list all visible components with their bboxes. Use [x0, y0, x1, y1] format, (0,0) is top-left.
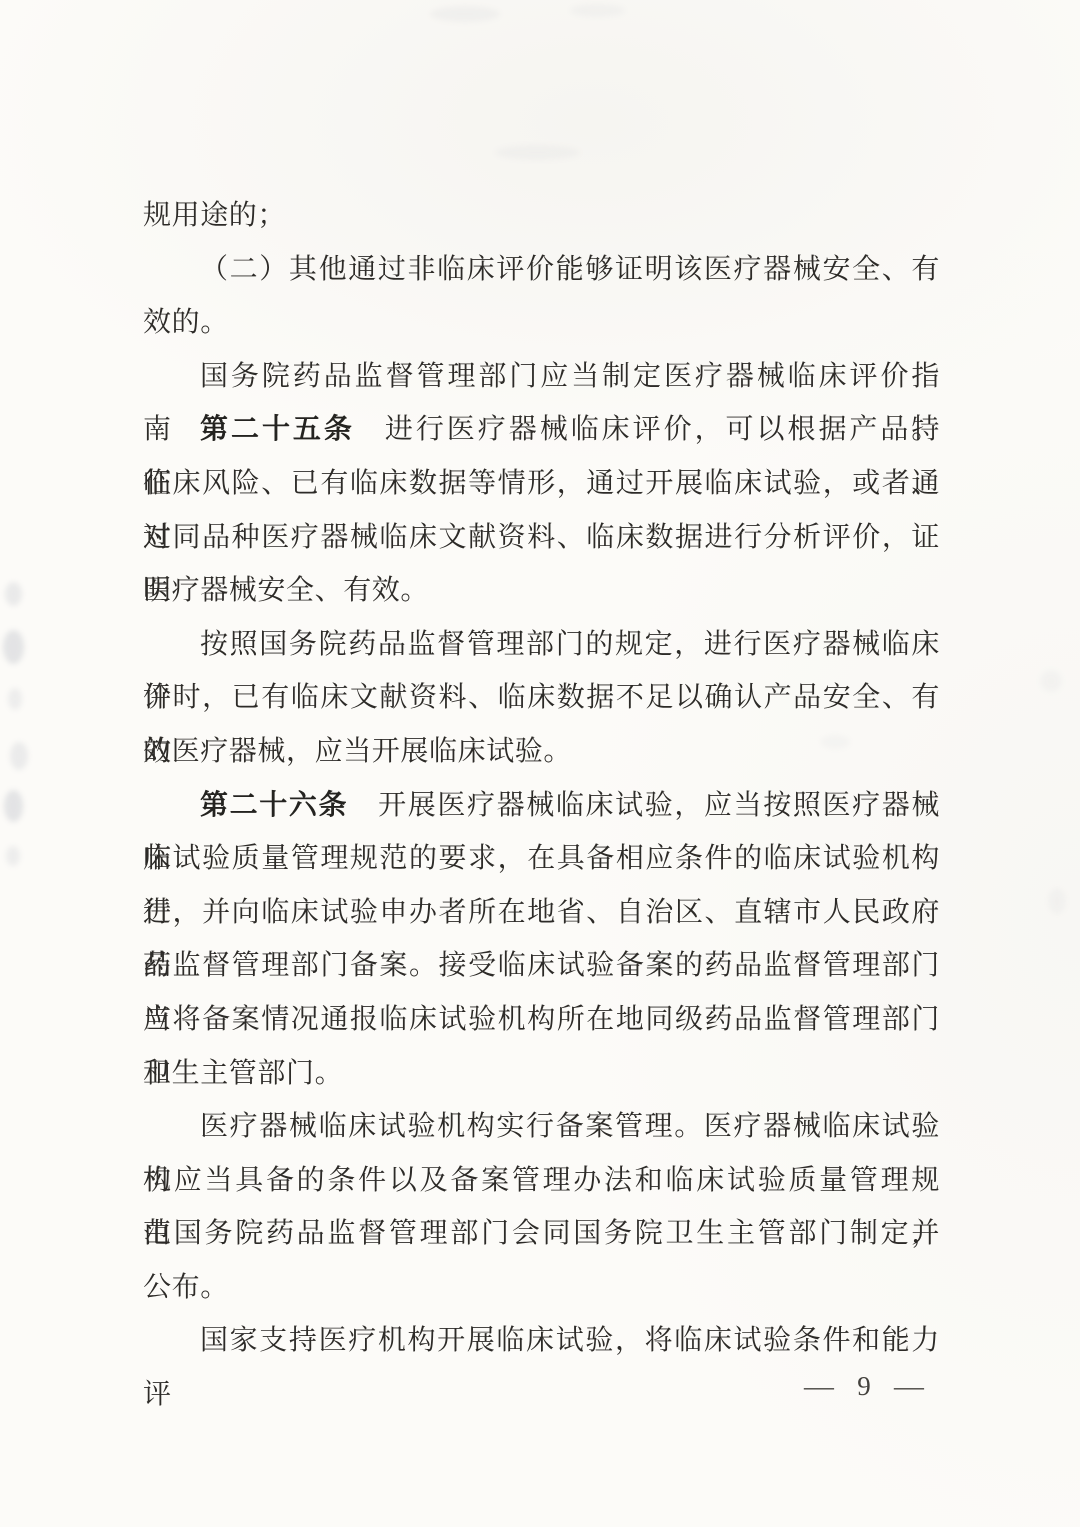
article-number: 第二十五条	[200, 414, 355, 445]
scan-artifact	[4, 790, 23, 822]
page-footer: — 9 —	[806, 1371, 922, 1402]
text-line: 医疗器械安全、有效。	[143, 564, 940, 618]
text-line: 卫生主管部门。	[143, 1047, 940, 1101]
text-line: 国务院药品监督管理部门应当制定医疗器械临床评价指南。	[143, 350, 940, 404]
text-line: 临床风险、已有临床数据等情形，通过开展临床试验，或者通过	[143, 457, 940, 511]
text-line: 的医疗器械，应当开展临床试验。	[143, 725, 940, 779]
article-number: 第二十六条	[200, 790, 348, 821]
text-line: 构应当具备的条件以及备案管理办法和临床试验质量管理规范，	[143, 1154, 940, 1208]
footer-dash-left: —	[804, 1372, 834, 1402]
text-line: 价时，已有临床文献资料、临床数据不足以确认产品安全、有效	[143, 671, 940, 725]
text-line: 行，并向临床试验申办者所在地省、自治区、直辖市人民政府药	[143, 886, 940, 940]
scan-artifact	[6, 846, 20, 866]
text-line: 医疗器械临床试验机构实行备案管理。医疗器械临床试验机	[143, 1100, 940, 1154]
scan-artifact	[430, 6, 500, 22]
text-line: 对同品种医疗器械临床文献资料、临床数据进行分析评价，证明	[143, 511, 940, 565]
text-line: 第二十五条进行医疗器械临床评价，可以根据产品特征、	[143, 403, 940, 457]
scan-artifact	[8, 688, 22, 710]
scan-artifact	[570, 4, 625, 17]
text-line: （二）其他通过非临床评价能够证明该医疗器械安全、有	[143, 243, 940, 297]
scan-artifact	[5, 582, 22, 606]
text-line: 按照国务院药品监督管理部门的规定，进行医疗器械临床评	[143, 618, 940, 672]
text-line: 由国务院药品监督管理部门会同国务院卫生主管部门制定并	[143, 1207, 940, 1261]
scan-artifact	[3, 630, 24, 664]
document-body: 规用途的；（二）其他通过非临床评价能够证明该医疗器械安全、有效的。国务院药品监督…	[143, 189, 940, 1368]
scan-artifact	[10, 742, 28, 770]
text-line: 国家支持医疗机构开展临床试验，将临床试验条件和能力评	[143, 1314, 940, 1368]
page-number: 9	[857, 1371, 871, 1402]
text-line: 公布。	[143, 1261, 940, 1315]
text-line: 效的。	[143, 296, 940, 350]
scan-artifact	[1040, 670, 1062, 692]
scan-artifact	[495, 145, 580, 160]
text-line: 规用途的；	[143, 189, 940, 243]
scan-artifact	[1048, 888, 1066, 914]
footer-dash-right: —	[894, 1372, 924, 1402]
text-line: 第二十六条开展医疗器械临床试验，应当按照医疗器械临	[143, 779, 940, 833]
text-line: 当将备案情况通报临床试验机构所在地同级药品监督管理部门和	[143, 993, 940, 1047]
text-line: 床试验质量管理规范的要求，在具备相应条件的临床试验机构进	[143, 832, 940, 886]
text-line: 品监督管理部门备案。接受临床试验备案的药品监督管理部门应	[143, 939, 940, 993]
